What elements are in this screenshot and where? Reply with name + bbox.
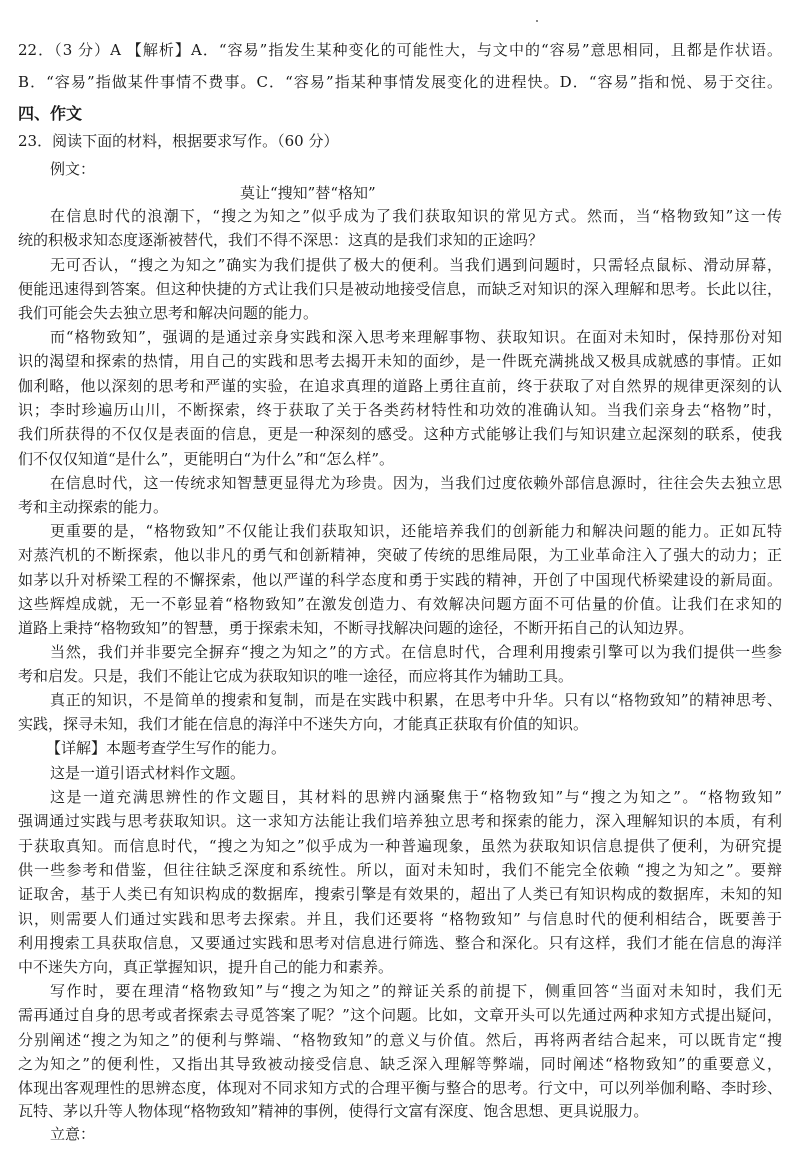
q22-line-1: 22．（3 分）A 【解析】A．“容易”指发生某种变化的可能性大，与文中的“容易… — [18, 40, 782, 60]
essay-line: 考和启发。只是，我们不能让它成为获取知识的唯一途径，而应将其作为辅助工具。 — [18, 666, 782, 686]
detail-line: 分别阐述“搜之为知之”的便利与弊端、“格物致知”的意义与价值。然后，再将两者结合… — [18, 1030, 782, 1050]
detail-line: 这是一道充满思辨性的作文题目，其材料的思辨内涵聚焦于“格物致知”与“搜之为知之”… — [50, 787, 782, 807]
essay-line: 考和主动探索的能力。 — [18, 497, 782, 517]
example-label: 例文： — [50, 159, 782, 179]
detail-line: 供一些参考和借鉴，但往往缺乏深度和系统性。所以，面对未知时，我们不能完全依赖 “… — [18, 860, 782, 880]
essay-line: 实践，探寻未知，我们才能在信息的海洋中不迷失方向，才能真正获取有价值的知识。 — [18, 714, 782, 734]
essay-line: 在信息时代的浪潮下，“搜之为知之”似乎成为了我们获取知识的常见方式。然而，当“格… — [50, 206, 782, 226]
detail-line: 识，则需要人们通过实践和思考去探索。并且，我们还要将 “格物致知” 与信息时代的… — [18, 909, 782, 929]
essay-line: 而“格物致知”，强调的是通过亲身实践和深入思考来理解事物、获取知识。在面对未知时… — [50, 327, 782, 347]
essay-line: 统的积极求知态度逐渐被替代，我们不得不深思：这真的是我们求知的正途吗？ — [18, 230, 782, 250]
essay-line: 这些辉煌成就，无一不彰显着“格物致知”在激发创造力、有效解决问题方面不可估量的价… — [18, 594, 782, 614]
detail-line: 于获取真知。而信息时代，“搜之为知之”似乎成为一种普遍现象，虽然为获取知识信息提… — [18, 836, 782, 856]
essay-line: 当然，我们并非要完全摒弃“搜之为知之”的方式。在信息时代，合理利用搜索引擎可以为… — [50, 642, 782, 662]
scan-speck — [536, 20, 538, 22]
essay-line: 识的渴望和探索的热情，用自己的实践和思考去揭开未知的面纱，是一件既充满挑战又极具… — [18, 351, 782, 371]
essay-line: 道路上秉持“格物致知”的智慧，勇于探索未知，不断寻找解决问题的途径，不断开拓自己… — [18, 618, 782, 638]
detail-line: 中不迷失方向，真正掌握知识，提升自己的能力和素养。 — [18, 957, 782, 977]
detail-line: 利用搜索工具获取信息，又要通过实践和思考对信息进行筛选、整合和深化。只有这样，我… — [18, 933, 782, 953]
essay-line: 对蒸汽机的不断探索，他以非凡的勇气和创新精神，突破了传统的思维局限，为工业革命注… — [18, 545, 782, 565]
essay-line: 识；李时珍遍历山川，不断探索，终于获取了关于各类药材特性和功效的准确认知。当我们… — [18, 400, 782, 420]
essay-line: 更重要的是，“格物致知”不仅能让我们获取知识，还能培养我们的创新能力和解决问题的… — [50, 521, 782, 541]
q23-prompt: 23．阅读下面的材料，根据要求写作。（60 分） — [18, 131, 782, 151]
document-page: 22．（3 分）A 【解析】A．“容易”指发生某种变化的可能性大，与文中的“容易… — [0, 0, 800, 1173]
essay-title: 莫让“搜知”替“格知” — [240, 183, 440, 203]
intent-label: 立意： — [50, 1124, 782, 1144]
detail-line: 体现出客观理性的思辨态度，体现对不同求知方式的合理平衡与整合的思考。行文中，可以… — [18, 1078, 782, 1098]
detail-line: 需再通过自身的思考或者探索去寻觅答案了呢？”这个问题。比如，文章开头可以先通过两… — [18, 1005, 782, 1025]
essay-line: 伽利略，他以深刻的思考和严谨的实验，在追求真理的道路上勇往直前，终于获取了对自然… — [18, 376, 782, 396]
detail-line: 这是一道引语式材料作文题。 — [50, 763, 782, 783]
essay-line: 在信息时代，这一传统求知智慧更显得尤为珍贵。因为，当我们过度依赖外部信息源时，往… — [50, 473, 782, 493]
essay-line: 真正的知识，不是简单的搜索和复制，而是在实践中积累，在思考中升华。只有以“格物致… — [50, 690, 782, 710]
detail-line: 之为知之”的便利性，又指出其导致被动接受信息、缺乏深入理解等弊端，同时阐述“格物… — [18, 1054, 782, 1074]
detail-line: 【详解】本题考查学生写作的能力。 — [46, 738, 778, 758]
detail-text: 本题考查学生写作的能力。 — [106, 739, 286, 757]
essay-line: 如茅以升对桥梁工程的不懈探索，他以严谨的科学态度和勇于实践的精神，开创了中国现代… — [18, 570, 782, 590]
detail-label: 【详解】 — [46, 739, 106, 757]
q22-line-2: B．“容易”指做某件事情不费事。C．“容易”指某种事情发展变化的进程快。D．“容… — [18, 72, 782, 92]
detail-line: 写作时，要在理清“格物致知”与“搜之为知之”的辩证关系的前提下，侧重回答“当面对… — [50, 981, 782, 1001]
section-heading: 四、作文 — [18, 104, 782, 124]
detail-line: 强调通过实践与思考获取知识。这一求知方法能让我们培养独立思考和探索的能力，深入理… — [18, 811, 782, 831]
essay-line: 们不仅仅知道“是什么”，更能明白“为什么”和“怎么样”。 — [18, 449, 782, 469]
detail-line: 证取舍，基于人类已有知识构成的数据库，搜索引擎是有效果的，超出了人类已有知识构成… — [18, 884, 782, 904]
essay-line: 便能迅速得到答案。但这种快捷的方式让我们只是被动地接受信息，而缺乏对知识的深入理… — [18, 279, 782, 299]
essay-line: 无可否认，“搜之为知之”确实为我们提供了极大的便利。当我们遇到问题时，只需轻点鼠… — [50, 255, 782, 275]
essay-line: 我们可能会失去独立思考和解决问题的能力。 — [18, 303, 782, 323]
detail-line: 瓦特、茅以升等人物体现“格物致知”精神的事例，使得行文富有深度、饱含思想、更具说… — [18, 1101, 782, 1121]
essay-line: 我们所获得的不仅仅是表面的信息，更是一种深刻的感受。这种方式能够让我们与知识建立… — [18, 424, 782, 444]
